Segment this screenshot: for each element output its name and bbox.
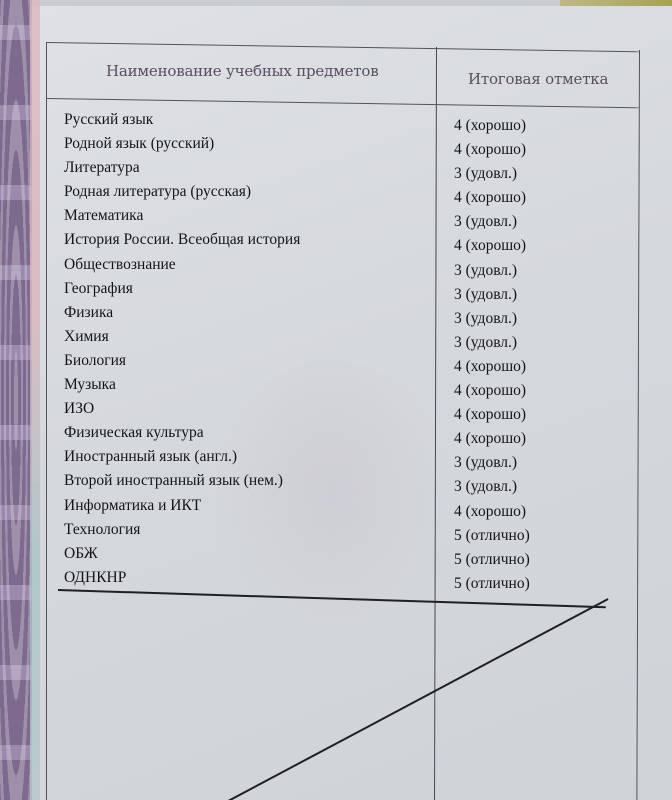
subject-grade: 4 (хорошо) xyxy=(454,116,530,140)
subject-name: Родной язык (русский) xyxy=(64,134,300,158)
subject-name: Математика xyxy=(64,206,300,230)
subject-grade: 4 (хорошо) xyxy=(454,381,530,405)
subject-name: География xyxy=(64,279,300,303)
subject-name: Биология xyxy=(64,351,300,375)
subject-name: ОДНКНР xyxy=(64,568,300,592)
subject-name: Информатика и ИКТ xyxy=(64,496,300,520)
subject-grade: 4 (хорошо) xyxy=(454,236,530,260)
subjects-list: Русский языкРодной язык (русский)Литерат… xyxy=(64,110,300,592)
subject-name: Родная литература (русская) xyxy=(64,182,300,206)
header-subjects: Наименование учебных предметов xyxy=(106,62,378,80)
subject-grade: 5 (отлично) xyxy=(454,550,530,574)
subject-grade: 3 (удовл.) xyxy=(454,212,530,236)
subject-grade: 3 (удовл.) xyxy=(454,477,530,501)
subject-grade: 3 (удовл.) xyxy=(454,309,530,333)
subject-name: Музыка xyxy=(64,375,300,399)
subject-grade: 4 (хорошо) xyxy=(454,502,530,526)
subject-grade: 4 (хорошо) xyxy=(454,188,530,212)
subject-name: Русский язык xyxy=(64,110,300,134)
subject-grade: 3 (удовл.) xyxy=(454,333,530,357)
subject-name: Обществознание xyxy=(64,255,300,279)
subject-name: История России. Всеобщая история xyxy=(64,230,300,254)
subject-name: Химия xyxy=(64,327,300,351)
subject-grade: 3 (удовл.) xyxy=(454,453,530,477)
subject-grade: 3 (удовл.) xyxy=(454,164,530,188)
subject-name: ОБЖ xyxy=(64,544,300,568)
subject-grade: 3 (удовл.) xyxy=(454,285,530,309)
subject-grade: 5 (отлично) xyxy=(454,526,530,550)
subject-name: ИЗО xyxy=(64,399,300,423)
subject-grade: 5 (отлично) xyxy=(454,574,530,598)
subject-name: Иностранный язык (англ.) xyxy=(64,447,300,471)
subject-name: Литература xyxy=(64,158,300,182)
subject-grade: 4 (хорошо) xyxy=(454,140,530,164)
subject-name: Физика xyxy=(64,303,300,327)
subject-name: Физическая культура xyxy=(64,423,300,447)
grades-list: 4 (хорошо)4 (хорошо)3 (удовл.)4 (хорошо)… xyxy=(454,116,530,598)
subject-grade: 4 (хорошо) xyxy=(454,405,530,429)
table-left-border xyxy=(46,42,47,800)
subject-grade: 3 (удовл.) xyxy=(454,261,530,285)
subject-name: Второй иностранный язык (нем.) xyxy=(64,471,300,495)
subject-grade: 4 (хорошо) xyxy=(454,357,530,381)
header-final-grade: Итоговая отметка xyxy=(468,70,608,88)
guilloche-border xyxy=(0,0,32,800)
subject-name: Технология xyxy=(64,520,300,544)
subject-grade: 4 (хорошо) xyxy=(454,429,530,453)
